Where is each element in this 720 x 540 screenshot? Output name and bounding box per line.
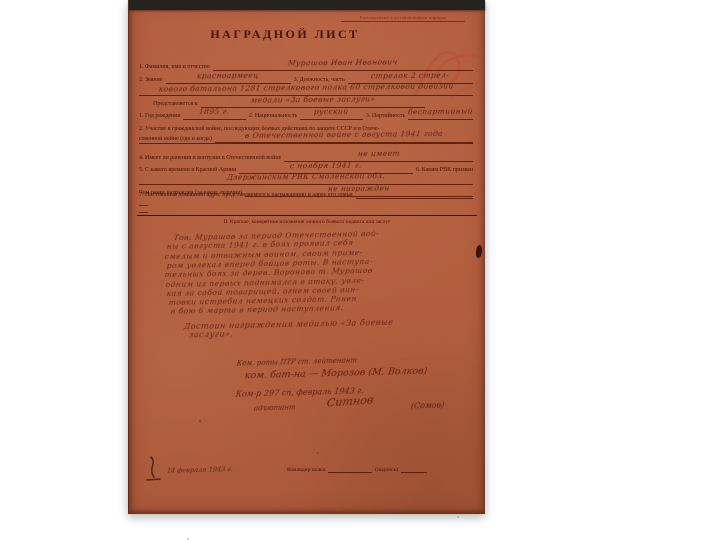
field-address: 7. Постоянный домашний адрес представляе… (139, 190, 473, 199)
paper-specks (199, 420, 201, 422)
ink-blot (475, 245, 483, 259)
field-address-label: 7. Постоянный домашний адрес представляе… (139, 192, 353, 199)
address-line-stub-2 (139, 212, 148, 213)
scanner-edge-strip (129, 0, 485, 10)
footer-date-handwritten: 14 февраля 1943 г. (166, 465, 233, 475)
citation-section-heading: II. Краткое, конкретное изложение личног… (143, 219, 471, 225)
signature-adjutant-autograph: Ситнов (326, 393, 374, 409)
scanned-award-sheet: Рассекречено в установленном порядке НАГ… (128, 0, 485, 514)
slide: { "document": { "colors": { "paper": "#b… (0, 0, 720, 540)
footer-commander-label: Командир полка (287, 467, 325, 473)
field-birth-value-handwritten: 1895 г. (199, 107, 231, 116)
document-title: НАГРАДНОЙ ЛИСТ (209, 27, 361, 42)
field-party-value-handwritten: беспартийный (408, 107, 474, 117)
field-nationality-value-handwritten: русский (314, 107, 350, 116)
footer-signature-label: (подпись) (375, 467, 398, 473)
ink-flourish (145, 455, 163, 483)
field-address-line (356, 190, 473, 199)
signature-line-commander: ком. бат-на — Морозов (М. Волков) (244, 366, 428, 382)
declassified-stamp-text: Рассекречено в установленном порядке (341, 15, 465, 22)
address-line-stub-1 (139, 205, 148, 206)
footer-signature-line-2 (401, 464, 427, 473)
section-divider-rule (137, 215, 477, 216)
signature-adjutant-name: (Сомов) (410, 401, 445, 411)
footer-signature-line-1 (328, 464, 372, 473)
footer-signature-block: Командир полка (подпись) (287, 464, 427, 473)
signature-line-adjutant-label: адъютант (253, 403, 296, 412)
signature-line-unit: Ком. роты ПТР ст. лейтенант (236, 356, 357, 367)
citation-conclusion-line: заслуги». (188, 330, 234, 340)
